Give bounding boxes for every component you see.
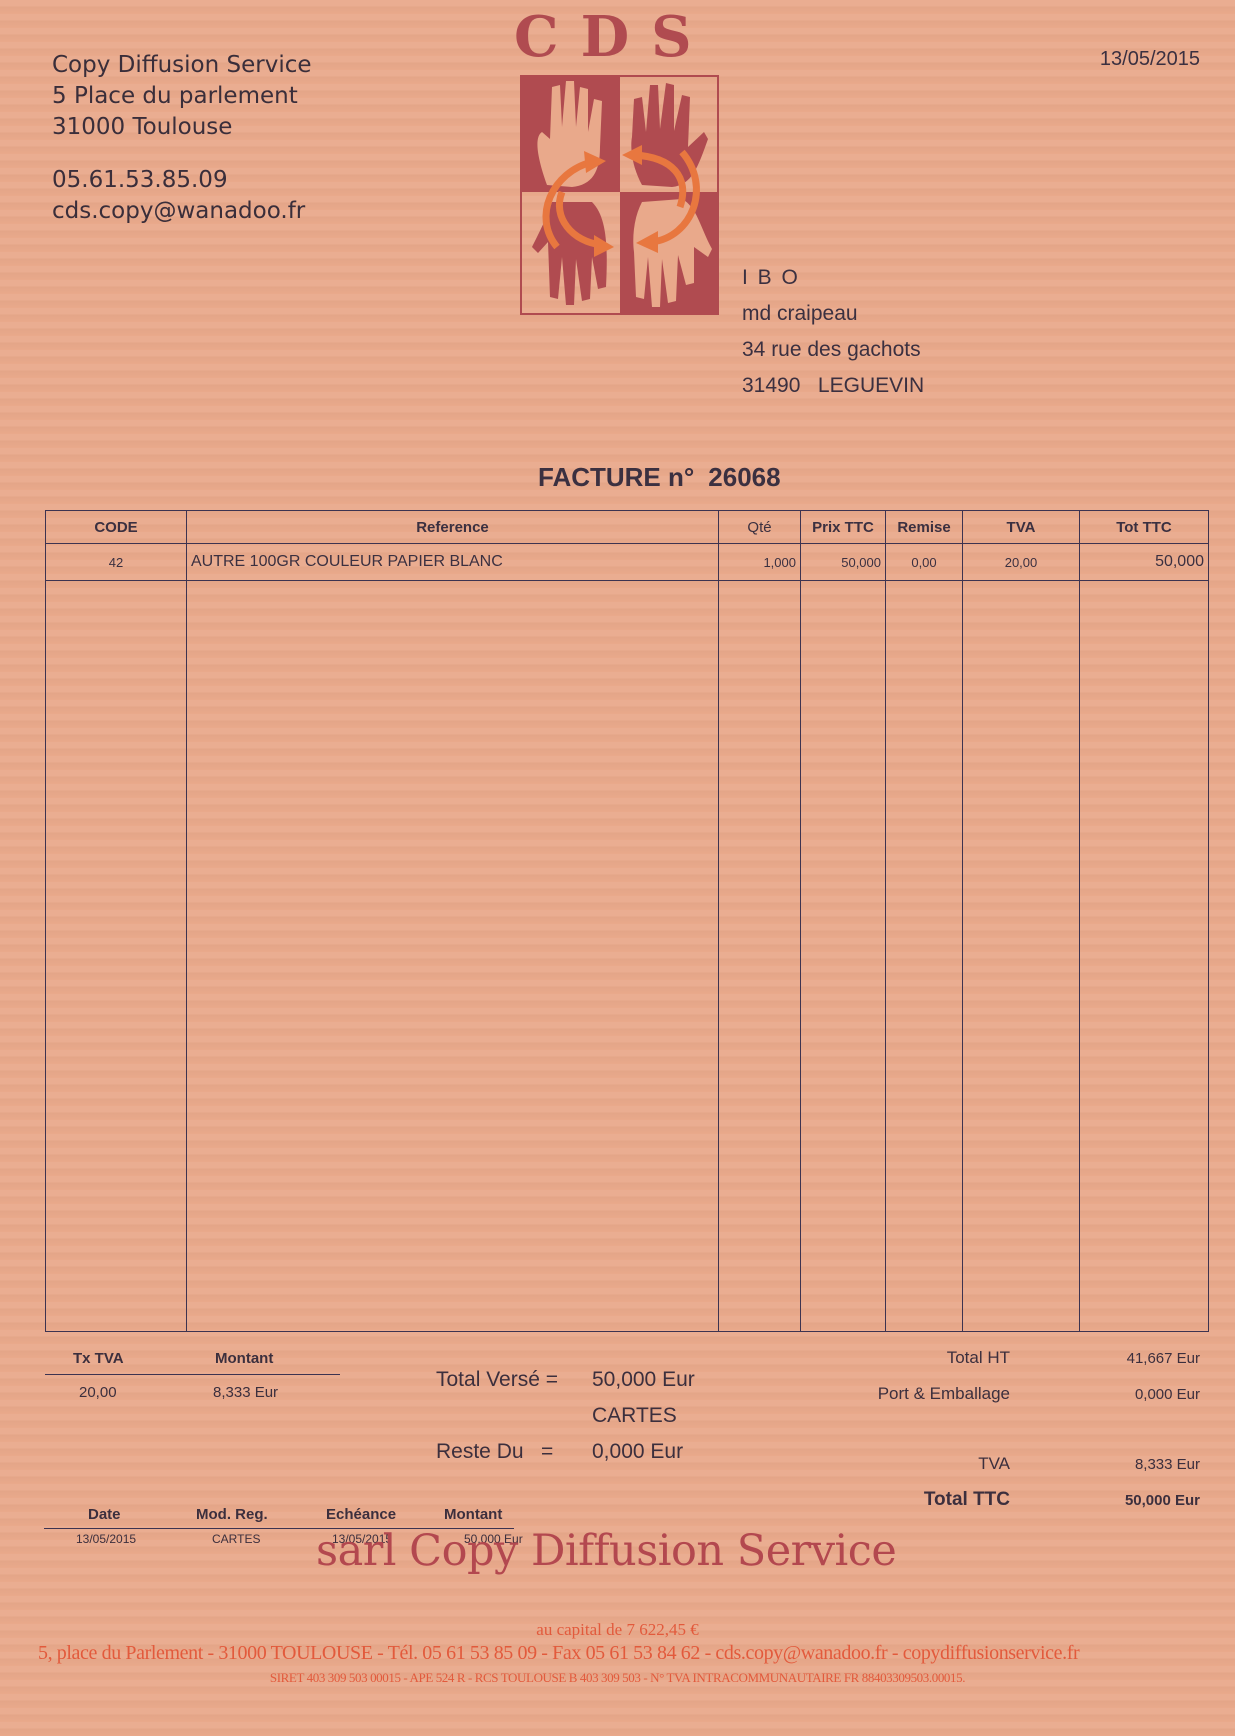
cell-reference: AUTRE 100GR COULEUR PAPIER BLANC xyxy=(187,544,719,581)
schedule-due-header: Echéance xyxy=(326,1506,396,1523)
total-ttc-label: Total TTC xyxy=(780,1489,1010,1511)
tva-summary-header: Tx TVA Montant xyxy=(45,1346,340,1375)
cell-price: 50,000 xyxy=(801,544,886,581)
due-value: 0,000 Eur xyxy=(592,1434,683,1470)
tva-rate-header: Tx TVA xyxy=(73,1350,124,1367)
tva-total-value: 8,333 Eur xyxy=(1010,1456,1200,1473)
table-row: 42 AUTRE 100GR COULEUR PAPIER BLANC 1,00… xyxy=(46,544,1209,581)
sender-email: cds.copy@wanadoo.fr xyxy=(52,196,312,227)
shipping-row: Port & Emballage 0,000 Eur xyxy=(780,1376,1200,1412)
col-header-qty: Qté xyxy=(719,511,801,544)
sender-phone: 05.61.53.85.09 xyxy=(52,165,312,196)
totals-block: Total HT 41,667 Eur Port & Emballage 0,0… xyxy=(780,1340,1200,1518)
schedule-date: 13/05/2015 xyxy=(76,1532,136,1546)
payment-schedule-header: Date Mod. Reg. Echéance Montant xyxy=(44,1502,514,1529)
invoice-title: FACTURE n°26068 xyxy=(538,462,781,493)
due-label: Reste Du = xyxy=(436,1440,553,1463)
recipient-street: 34 rue des gachots xyxy=(742,332,924,368)
invoice-label: FACTURE n° xyxy=(538,462,694,492)
four-hands-exchange-icon xyxy=(520,75,719,315)
total-ht-label: Total HT xyxy=(780,1348,1010,1368)
table-empty-area xyxy=(46,581,1209,1332)
payment-method: CARTES xyxy=(592,1398,677,1434)
recipient-block: I B O md craipeau 34 rue des gachots 314… xyxy=(742,260,924,404)
paid-value: 50,000 Eur xyxy=(592,1362,695,1398)
shipping-label: Port & Emballage xyxy=(780,1384,1010,1404)
cell-code: 42 xyxy=(46,544,187,581)
recipient-name: I B O xyxy=(742,260,924,296)
shipping-value: 0,000 Eur xyxy=(1010,1386,1200,1403)
schedule-amount-header: Montant xyxy=(444,1506,502,1523)
sender-block: Copy Diffusion Service 5 Place du parlem… xyxy=(52,50,312,227)
schedule-date-header: Date xyxy=(88,1506,121,1523)
col-header-tva: TVA xyxy=(963,511,1080,544)
sender-city: 31000 Toulouse xyxy=(52,112,312,143)
tva-rate: 20,00 xyxy=(79,1384,117,1401)
footer-company-name: sarl Copy Diffusion Service xyxy=(316,1526,896,1576)
footer-legal: SIRET 403 309 503 00015 - APE 524 R - RC… xyxy=(0,1670,1235,1686)
invoice-lines-table: CODE Reference Qté Prix TTC Remise TVA T… xyxy=(45,510,1209,1332)
col-header-reference: Reference xyxy=(187,511,719,544)
cell-qty: 1,000 xyxy=(719,544,801,581)
tva-amount: 8,333 Eur xyxy=(213,1384,278,1401)
col-header-discount: Remise xyxy=(886,511,963,544)
total-ht-row: Total HT 41,667 Eur xyxy=(780,1340,1200,1376)
paid-label: Total Versé = xyxy=(436,1368,558,1391)
payment-summary: Total Versé = 50,000 Eur CARTES Reste Du… xyxy=(436,1362,766,1470)
invoice-date: 13/05/2015 xyxy=(1100,48,1200,71)
schedule-method: CARTES xyxy=(212,1532,260,1546)
col-header-total: Tot TTC xyxy=(1080,511,1209,544)
cell-discount: 0,00 xyxy=(886,544,963,581)
tva-amount-header: Montant xyxy=(215,1350,273,1367)
cell-total: 50,000 xyxy=(1080,544,1209,581)
cell-tva: 20,00 xyxy=(963,544,1080,581)
tva-total-row: TVA 8,333 Eur xyxy=(780,1446,1200,1482)
table-header-row: CODE Reference Qté Prix TTC Remise TVA T… xyxy=(46,511,1209,544)
sender-name: Copy Diffusion Service xyxy=(52,50,312,81)
invoice-number: 26068 xyxy=(708,462,780,492)
recipient-city: LEGUEVIN xyxy=(818,374,924,397)
footer-capital: au capital de 7 622,45 € xyxy=(0,1620,1235,1640)
total-ht-value: 41,667 Eur xyxy=(1010,1350,1200,1367)
total-ttc-row: Total TTC 50,000 Eur xyxy=(780,1482,1200,1518)
footer-address: 5, place du Parlement - 31000 TOULOUSE -… xyxy=(38,1642,1079,1665)
col-header-code: CODE xyxy=(46,511,187,544)
sender-street: 5 Place du parlement xyxy=(52,81,312,112)
col-header-price: Prix TTC xyxy=(801,511,886,544)
tva-total-label: TVA xyxy=(780,1454,1010,1474)
schedule-method-header: Mod. Reg. xyxy=(196,1506,268,1523)
recipient-postcode: 31490 xyxy=(742,374,800,397)
total-ttc-value: 50,000 Eur xyxy=(1010,1492,1200,1509)
recipient-contact: md craipeau xyxy=(742,296,924,332)
logo-wordmark: CDS xyxy=(514,4,714,70)
